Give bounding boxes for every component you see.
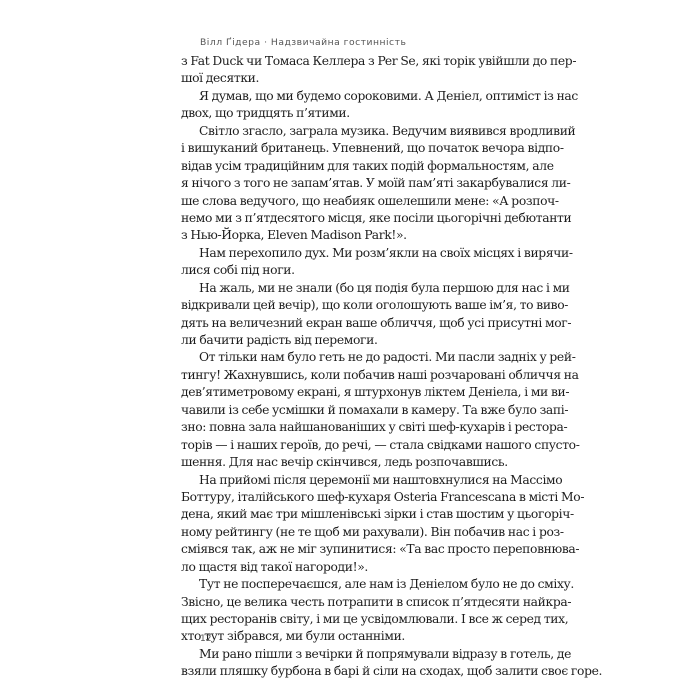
- text-line: і вишуканий британець. Упевнений, що поч…: [181, 140, 527, 157]
- text-line: двох, що тридцять п’ятими.: [181, 105, 527, 122]
- text-line: ли бачити радість від перемоги.: [181, 332, 527, 349]
- body-text: з Fat Duck чи Томаса Келлера з Per Se, я…: [181, 53, 527, 681]
- text-line: хто тут зібрався, ми були останніми.: [181, 628, 527, 645]
- text-line: шої десятки.: [181, 70, 527, 87]
- text-line: Боттуру, італійського шеф-кухаря Osteria…: [181, 489, 527, 506]
- text-line: Світло згасло, заграла музика. Ведучим в…: [181, 123, 527, 140]
- text-line: чавили із себе усмішки й помахали в каме…: [181, 402, 527, 419]
- text-line: взяли пляшку бурбона в барі й сіли на сх…: [181, 663, 527, 680]
- text-line: з Fat Duck чи Томаса Келлера з Per Se, я…: [181, 53, 527, 70]
- text-line: От тільки нам було геть не до радості. М…: [181, 349, 527, 366]
- text-line: Я думав, що ми будемо сороковими. А Дені…: [181, 88, 527, 105]
- text-line: з Нью-Йорка, Eleven Madison Park!».: [181, 227, 527, 244]
- text-line: дев’ятиметровому екрані, я штурхонув лік…: [181, 384, 527, 401]
- text-line: На прийомі після церемонії ми наштовхнул…: [181, 472, 527, 489]
- text-line: Тут не посперечаєшся, але нам із Деніело…: [181, 576, 527, 593]
- page-number: 12: [200, 634, 211, 644]
- text-line: шення. Для нас вечір скінчився, ледь роз…: [181, 454, 527, 471]
- text-line: ше слова ведучого, що неабияк ошелешили …: [181, 193, 527, 210]
- text-line: тингу! Жахнувшись, коли побачив наші роз…: [181, 367, 527, 384]
- text-line: я нічого з того не запам’ятав. У моїй па…: [181, 175, 527, 192]
- text-line: немо ми з п’ятдесятого місця, яке посіли…: [181, 210, 527, 227]
- text-line: сміявся так, аж не міг зупинитися: «Та в…: [181, 541, 527, 558]
- text-line: ло щастя від такої нагороди!».: [181, 559, 527, 576]
- text-line: дять на величезний екран ваше обличчя, щ…: [181, 315, 527, 332]
- text-line: лися собі під ноги.: [181, 262, 527, 279]
- text-line: Звісно, це велика честь потрапити в спис…: [181, 594, 527, 611]
- text-line: щих ресторанів світу, і ми це усвідомлюв…: [181, 611, 527, 628]
- text-line: відкривали цей вечір), що коли оголошуют…: [181, 297, 527, 314]
- text-line: зно: повна зала найшанованіших у світі ш…: [181, 419, 527, 436]
- text-line: дена, який має три мішленівські зірки і …: [181, 506, 527, 523]
- text-line: відав усім традиційним для таких подій ф…: [181, 158, 527, 175]
- text-line: Ми рано пішли з вечірки й попрямували ві…: [181, 646, 527, 663]
- book-page: Вілл Ґідера · Надзвичайна гостинність з …: [0, 0, 700, 700]
- text-line: торів — і наших героїв, до речі, — стала…: [181, 437, 527, 454]
- running-head: Вілл Ґідера · Надзвичайна гостинність: [200, 37, 406, 48]
- text-line: ному рейтингу (не те щоб ми рахували). В…: [181, 524, 527, 541]
- text-line: Нам перехопило дух. Ми розм’якли на свої…: [181, 245, 527, 262]
- text-line: На жаль, ми не знали (бо ця подія була п…: [181, 280, 527, 297]
